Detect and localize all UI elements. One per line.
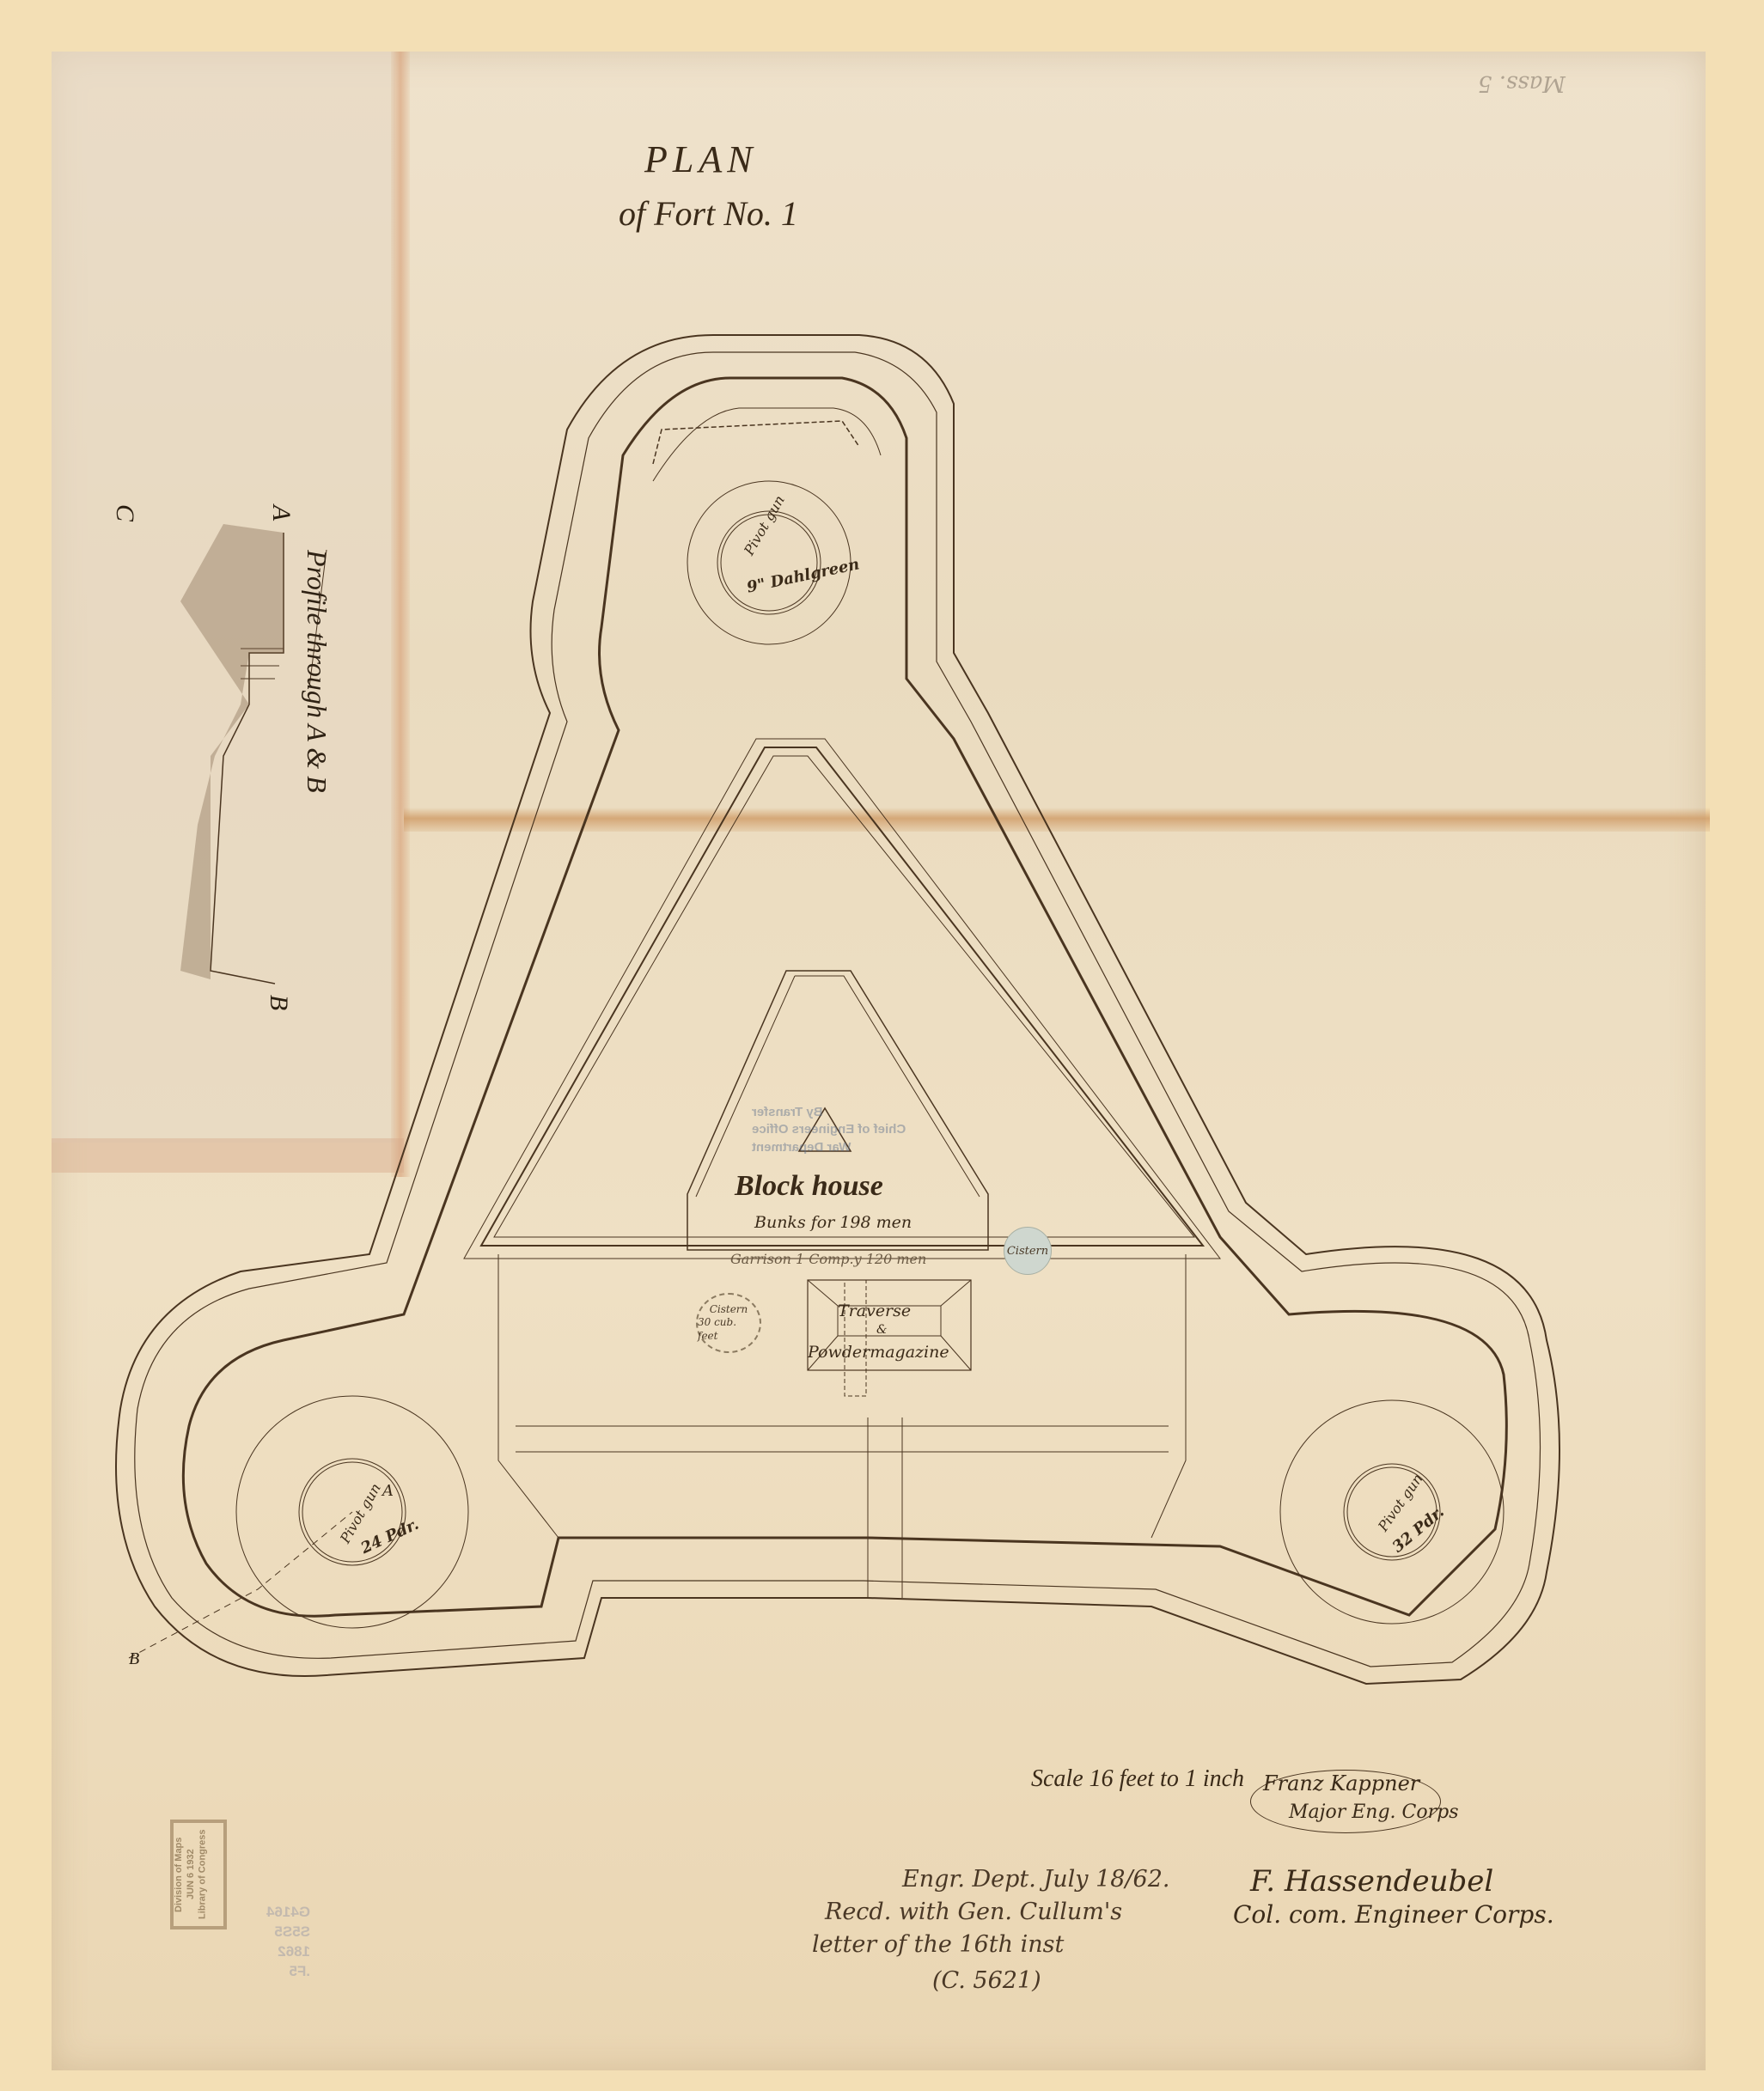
magazine-ampersand: &	[876, 1323, 887, 1337]
corner-annotation: Mass. 5	[1478, 70, 1566, 96]
signature-major-name: Franz Kappner	[1263, 1771, 1419, 1795]
signature-colonel-title: Col. com. Engineer Corps.	[1233, 1900, 1554, 1929]
scale-note: Scale 16 feet to 1 inch	[1031, 1765, 1244, 1793]
cistern-dashed: Cistern 30 cub. feet	[696, 1293, 761, 1353]
cistern-blue: Cistern	[1004, 1227, 1052, 1275]
transfer-stamp-line2: Chief of Engineers Office	[752, 1121, 906, 1138]
library-stamp-line1: Division of Maps	[174, 1837, 184, 1911]
library-stamp-line3: Library of Congress	[198, 1830, 208, 1920]
profile-label-a: A	[266, 505, 296, 521]
fort-plan-drawing	[0, 0, 1764, 2091]
endorsement-line1: Engr. Dept. July 18/62.	[902, 1866, 1170, 1893]
transfer-stamp-line1: By Transfer	[752, 1104, 906, 1121]
map-subtitle: of Fort No. 1	[619, 193, 798, 234]
endorsement-line2: Recd. with Gen. Cullum's	[825, 1899, 1122, 1925]
call-number-line: G4164	[266, 1903, 310, 1923]
magazine-powder: Powdermagazine	[808, 1343, 949, 1362]
magazine-traverse: Traverse	[838, 1302, 911, 1320]
cistern-blue-label: Cistern	[1007, 1245, 1048, 1258]
signature-major-title: Major Eng. Corps	[1289, 1801, 1458, 1823]
library-stamp-date: JUN 6 1932	[186, 1850, 196, 1900]
map-title: PLAN	[644, 137, 758, 181]
call-number-line: .F5	[266, 1962, 310, 1982]
blockhouse-garrison: Garrison 1 Comp.y 120 men	[730, 1251, 926, 1267]
endorsement-line3: letter of the 16th inst	[812, 1931, 1064, 1958]
call-number-line: 1862	[266, 1942, 310, 1962]
profile-title: Profile through A & B	[301, 550, 333, 793]
call-number-line: S5S5	[266, 1923, 310, 1942]
cistern-dashed-label: Cistern	[710, 1303, 748, 1317]
blockhouse-label: Block house	[735, 1170, 883, 1203]
endorsement-line4: (C. 5621)	[932, 1967, 1041, 1994]
gun-sw-marker: A	[382, 1482, 394, 1500]
cistern-dashed-capacity: 30 cub. feet	[698, 1316, 760, 1343]
section-marker-b: B	[129, 1649, 139, 1669]
call-number: G4164 S5S5 1862 .F5	[266, 1903, 310, 1982]
transfer-stamp: By Transfer Chief of Engineers Office Wa…	[752, 1104, 906, 1156]
signature-colonel-name: F. Hassendeubel	[1250, 1864, 1493, 1899]
library-stamp: Division of Maps JUN 6 1932 Library of C…	[170, 1820, 227, 1929]
blockhouse-bunks: Bunks for 198 men	[754, 1213, 912, 1232]
profile-label-c: C	[110, 504, 139, 521]
profile-label-b: B	[264, 995, 293, 1010]
transfer-stamp-line3: War Department	[752, 1139, 906, 1156]
